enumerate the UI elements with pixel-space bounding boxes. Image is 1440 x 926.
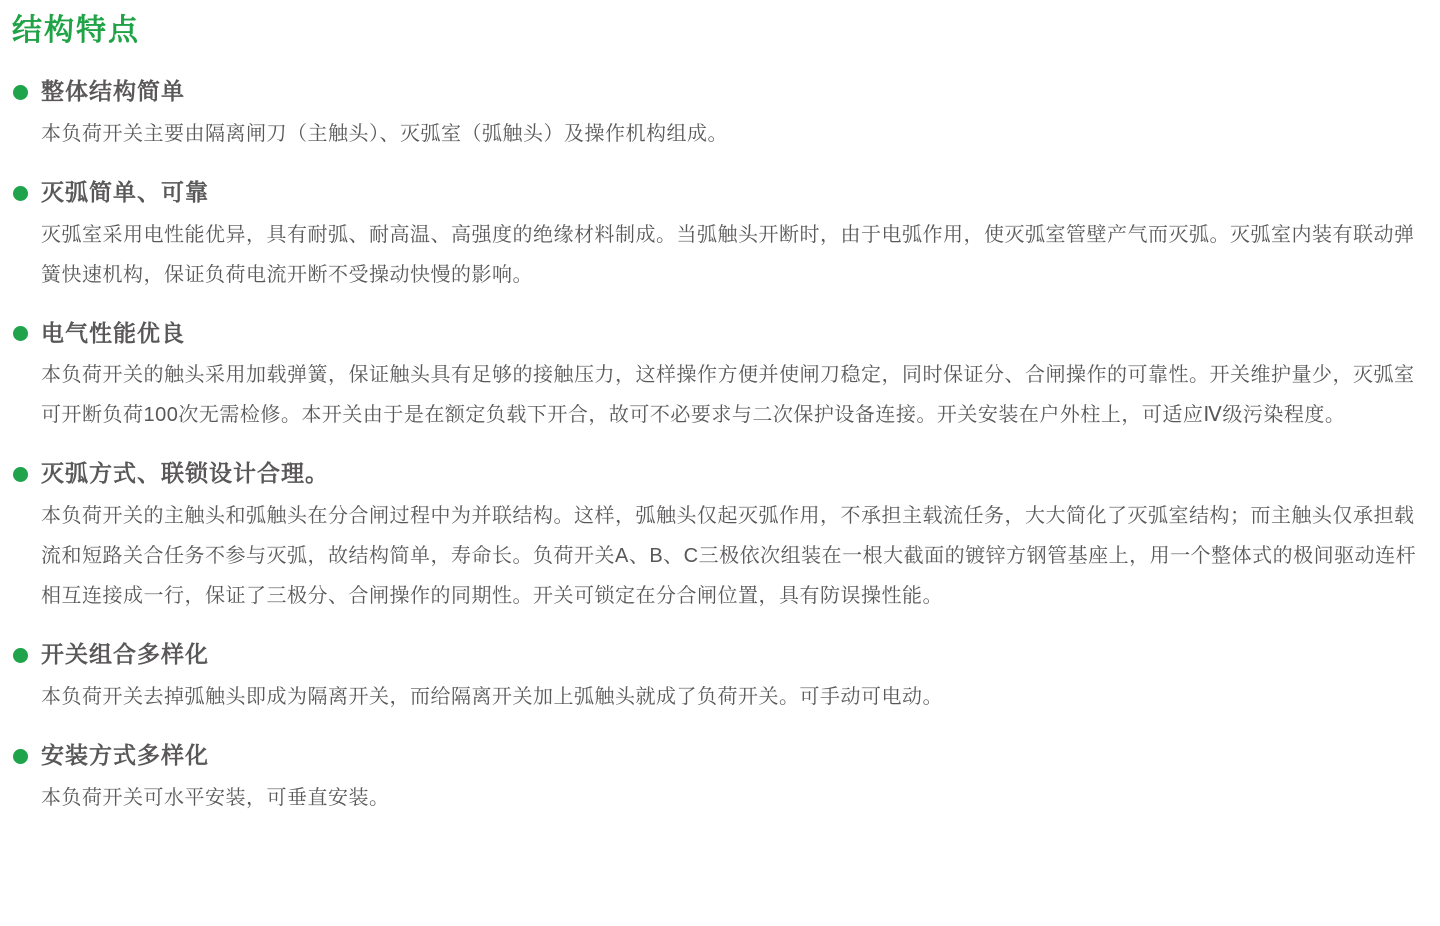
page-title: 结构特点 (12, 14, 1436, 47)
section-header: 整体结构简单 (10, 77, 1436, 106)
section-header: 灭弧方式、联锁设计合理。 (10, 459, 1436, 488)
section-heading: 灭弧方式、联锁设计合理。 (41, 459, 329, 488)
section-electrical-performance: 电气性能优良 本负荷开关的触头采用加载弹簧，保证触头具有足够的接触压力，这样操作… (10, 319, 1436, 436)
section-heading: 开关组合多样化 (41, 640, 209, 669)
section-interlock-design: 灭弧方式、联锁设计合理。 本负荷开关的主触头和弧触头在分合闸过程中为并联结构。这… (10, 459, 1436, 616)
document-page: 结构特点 整体结构简单 本负荷开关主要由隔离闸刀（主触头）、灭弧室（弧触头）及操… (0, 0, 1440, 926)
bullet-dot-icon (13, 467, 28, 482)
section-body: 本负荷开关的触头采用加载弹簧，保证触头具有足够的接触压力，这样操作方便并使闸刀稳… (41, 355, 1436, 435)
bullet-dot-icon (13, 749, 28, 764)
section-header: 开关组合多样化 (10, 640, 1436, 669)
section-header: 电气性能优良 (10, 319, 1436, 348)
bullet-dot-icon (13, 186, 28, 201)
section-heading: 灭弧简单、可靠 (41, 178, 209, 207)
bullet-dot-icon (13, 326, 28, 341)
section-arc-extinguishing: 灭弧简单、可靠 灭弧室采用电性能优异，具有耐弧、耐高温、高强度的绝缘材料制成。当… (10, 178, 1436, 295)
section-header: 安装方式多样化 (10, 741, 1436, 770)
section-body: 本负荷开关主要由隔离闸刀（主触头）、灭弧室（弧触头）及操作机构组成。 (41, 114, 1436, 154)
section-body: 灭弧室采用电性能优异，具有耐弧、耐高温、高强度的绝缘材料制成。当弧触头开断时，由… (41, 215, 1436, 295)
section-body: 本负荷开关可水平安装，可垂直安装。 (41, 778, 1436, 818)
bullet-dot-icon (13, 648, 28, 663)
section-switch-combinations: 开关组合多样化 本负荷开关去掉弧触头即成为隔离开关，而给隔离开关加上弧触头就成了… (10, 640, 1436, 717)
bullet-dot-icon (13, 85, 28, 100)
section-mounting-options: 安装方式多样化 本负荷开关可水平安装，可垂直安装。 (10, 741, 1436, 818)
section-body: 本负荷开关去掉弧触头即成为隔离开关，而给隔离开关加上弧触头就成了负荷开关。可手动… (41, 677, 1436, 717)
section-heading: 电气性能优良 (41, 319, 185, 348)
section-heading: 整体结构简单 (41, 77, 185, 106)
section-heading: 安装方式多样化 (41, 741, 209, 770)
section-overall-structure: 整体结构简单 本负荷开关主要由隔离闸刀（主触头）、灭弧室（弧触头）及操作机构组成… (10, 77, 1436, 154)
section-header: 灭弧简单、可靠 (10, 178, 1436, 207)
section-body: 本负荷开关的主触头和弧触头在分合闸过程中为并联结构。这样，弧触头仅起灭弧作用，不… (41, 496, 1436, 616)
